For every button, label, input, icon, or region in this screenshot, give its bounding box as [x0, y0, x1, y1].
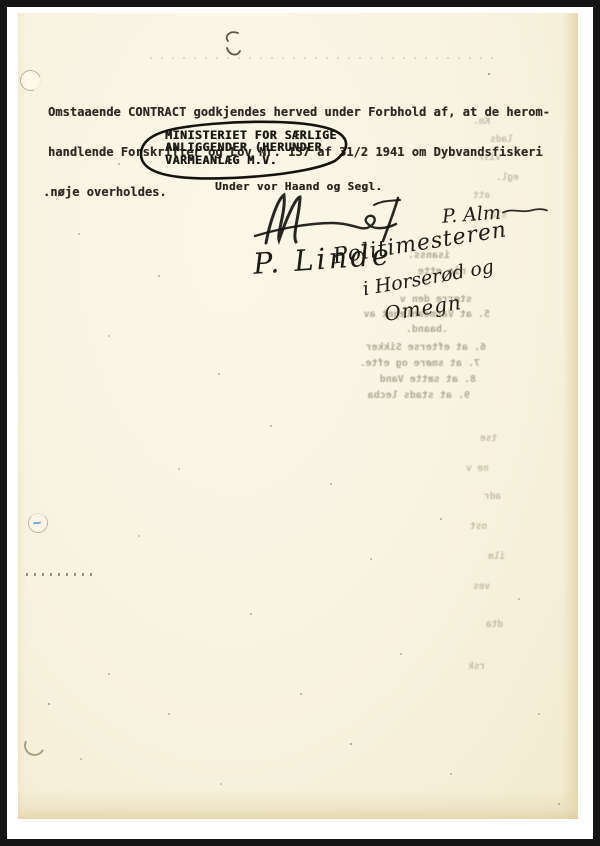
- scan-border: [0, 0, 600, 846]
- scanned-document-screenshot: { "scan": { "page_number_mark": "2", "pa…: [0, 0, 600, 846]
